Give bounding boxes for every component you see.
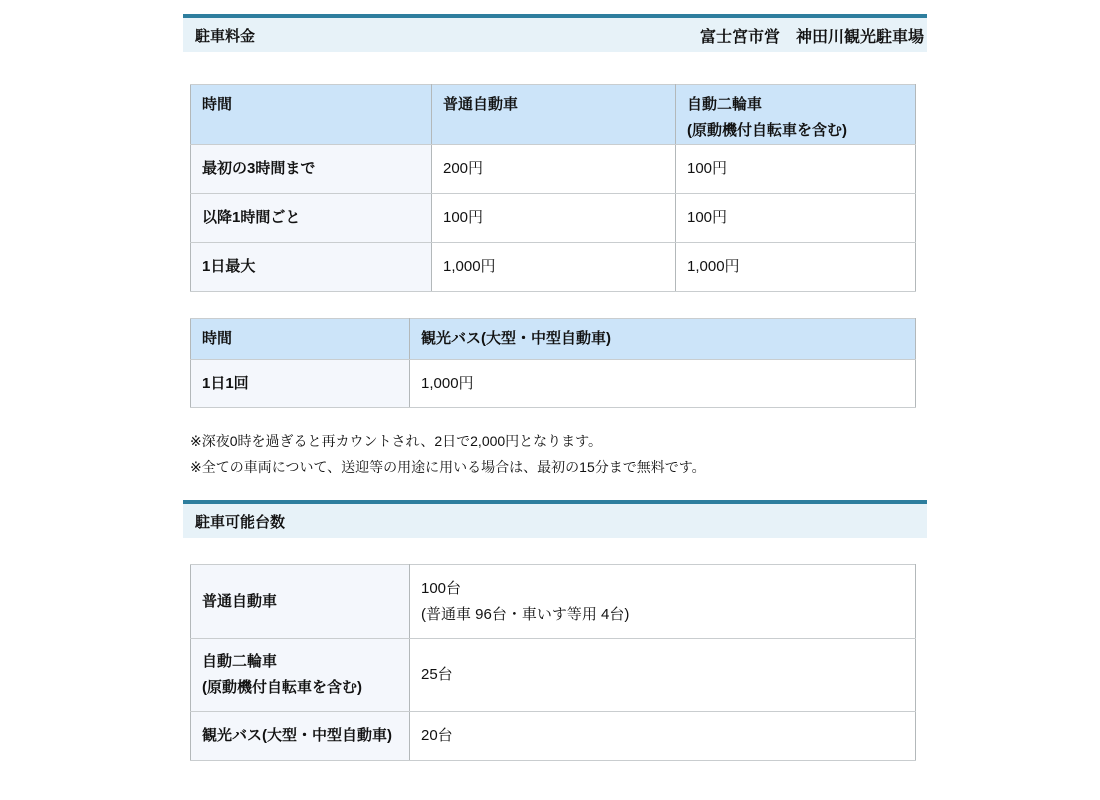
fee-value-motorcycle: 100円 — [676, 194, 916, 243]
table-row: 最初の3時間まで 200円 100円 — [191, 145, 916, 194]
fee-value-car: 100円 — [432, 194, 676, 243]
parking-fee-table: 時間 普通自動車 自動二輪車(原動機付自転車を含む) 最初の3時間まで 200円… — [190, 84, 916, 292]
table-row: 以降1時間ごと 100円 100円 — [191, 194, 916, 243]
note-free-15-minutes: ※全ての車両について、送迎等の用途に用いる場合は、最初の15分まで無料です。 — [190, 454, 927, 480]
capacity-value-car-breakdown: (普通車 96台・車いす等用 4台) — [421, 606, 629, 623]
footnotes: ※深夜0時を過ぎると再カウントされ、2日で2,000円となります。 ※全ての車両… — [190, 428, 927, 480]
bus-table-header-row: 時間 観光バス(大型・中型自動車) — [191, 319, 916, 360]
column-header-motorcycle-line2: (原動機付自転車を含む) — [687, 122, 847, 139]
column-header-car: 普通自動車 — [432, 85, 676, 145]
capacity-label-car: 普通自動車 — [191, 565, 410, 639]
table-row: 1日最大 1,000円 1,000円 — [191, 243, 916, 292]
fee-value-car: 200円 — [432, 145, 676, 194]
capacity-table: 普通自動車 100台(普通車 96台・車いす等用 4台) 自動二輪車(原動機付自… — [190, 564, 916, 761]
fees-section-title: 駐車料金 — [195, 25, 255, 46]
capacity-section-header: 駐車可能台数 — [183, 500, 927, 538]
fee-table-header-row: 時間 普通自動車 自動二輪車(原動機付自転車を含む) — [191, 85, 916, 145]
capacity-label-motorcycle-line2: (原動機付自転車を含む) — [202, 679, 362, 696]
column-header-time: 時間 — [191, 85, 432, 145]
note-midnight-recount: ※深夜0時を過ぎると再カウントされ、2日で2,000円となります。 — [190, 428, 927, 454]
table-row: 1日1回 1,000円 — [191, 360, 916, 408]
table-row: 観光バス(大型・中型自動車) 20台 — [191, 712, 916, 761]
bus-fee-table: 時間 観光バス(大型・中型自動車) 1日1回 1,000円 — [190, 318, 916, 408]
column-header-motorcycle: 自動二輪車(原動機付自転車を含む) — [676, 85, 916, 145]
page-content: 駐車料金 富士宮市営 神田川観光駐車場 時間 普通自動車 自動二輪車(原動機付自… — [183, 0, 927, 761]
row-label-per-hour-after: 以降1時間ごと — [191, 194, 432, 243]
column-header-motorcycle-line1: 自動二輪車 — [687, 96, 762, 113]
fee-value-motorcycle: 100円 — [676, 145, 916, 194]
row-label-daily-max: 1日最大 — [191, 243, 432, 292]
table-row: 普通自動車 100台(普通車 96台・車いす等用 4台) — [191, 565, 916, 639]
fee-value-bus: 1,000円 — [410, 360, 916, 408]
capacity-value-car-total: 100台 — [421, 580, 461, 597]
capacity-label-motorcycle: 自動二輪車(原動機付自転車を含む) — [191, 639, 410, 712]
facility-name: 富士宮市営 神田川観光駐車場 — [700, 24, 924, 47]
column-header-bus: 観光バス(大型・中型自動車) — [410, 319, 916, 360]
column-header-time: 時間 — [191, 319, 410, 360]
capacity-label-motorcycle-line1: 自動二輪車 — [202, 653, 277, 670]
row-label-once-per-day: 1日1回 — [191, 360, 410, 408]
fees-section-header: 駐車料金 富士宮市営 神田川観光駐車場 — [183, 14, 927, 52]
capacity-value-motorcycle: 25台 — [410, 639, 916, 712]
fee-value-car: 1,000円 — [432, 243, 676, 292]
row-label-first-3-hours: 最初の3時間まで — [191, 145, 432, 194]
capacity-value-bus: 20台 — [410, 712, 916, 761]
capacity-value-car: 100台(普通車 96台・車いす等用 4台) — [410, 565, 916, 639]
fee-value-motorcycle: 1,000円 — [676, 243, 916, 292]
capacity-label-bus: 観光バス(大型・中型自動車) — [191, 712, 410, 761]
capacity-section-title: 駐車可能台数 — [195, 511, 285, 532]
table-row: 自動二輪車(原動機付自転車を含む) 25台 — [191, 639, 916, 712]
